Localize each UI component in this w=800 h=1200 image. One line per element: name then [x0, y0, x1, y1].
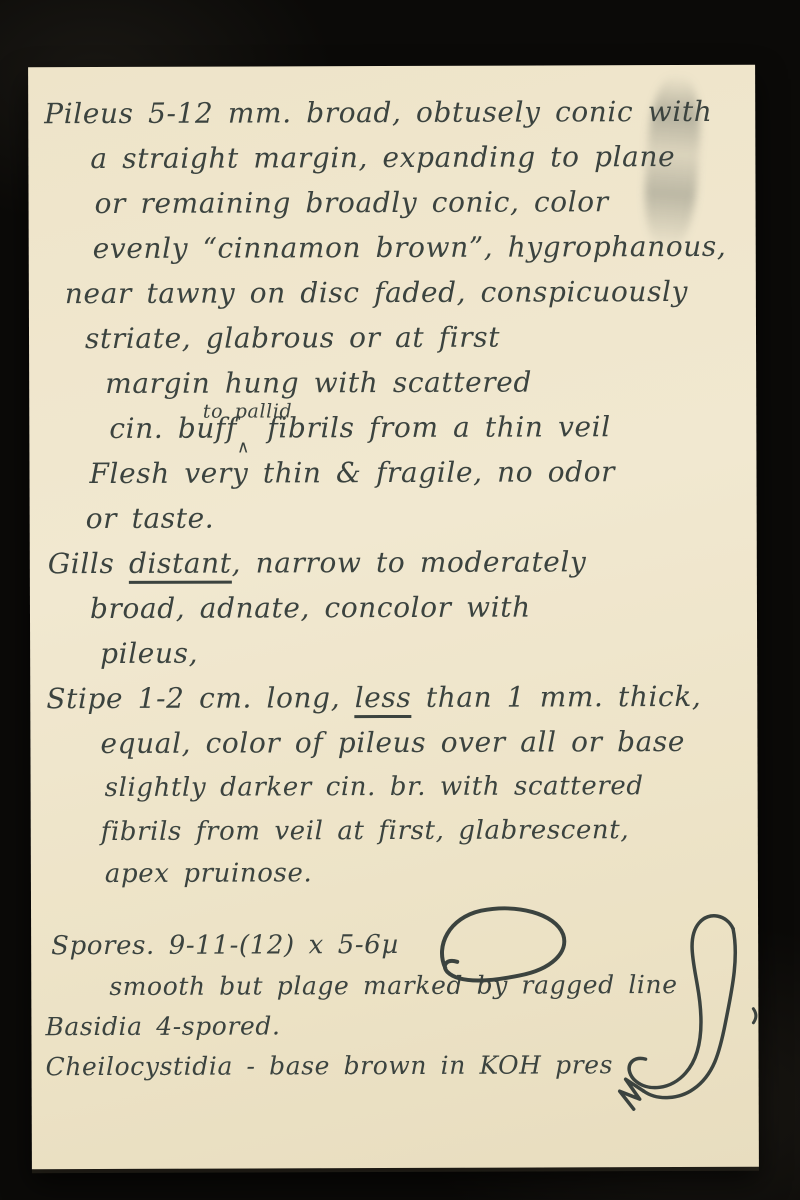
- line-text: Spores. 9-11-(12) x 5-6µ: [51, 930, 399, 961]
- handwritten-line: cin. buffto pallid∧ fibrils from a thin …: [109, 404, 748, 451]
- line-text: apex pruinose.: [105, 858, 312, 889]
- handwritten-line: Gills distant, narrow to moderately: [48, 539, 749, 586]
- handwritten-line: or remaining broadly conic, color: [94, 179, 747, 226]
- handwritten-line: near tawny on disc faded, conspicuously: [65, 269, 748, 316]
- line-text: or remaining broadly conic, color: [94, 185, 608, 220]
- handwritten-line: apex pruinose.: [105, 851, 750, 895]
- handwritten-line: broad, adnate, concolor with: [90, 584, 749, 631]
- line-text: smooth but plage marked by ragged line: [109, 970, 677, 1001]
- line-text: , narrow to moderately: [232, 545, 587, 579]
- line-text: evenly “cinnamon brown”, hygrophanous,: [93, 230, 727, 265]
- line-text: Cheilocystidia - base brown in KOH pres: [46, 1050, 614, 1081]
- handwritten-line: or taste.: [86, 494, 749, 541]
- handwritten-line: equal, color of pileus over all or base: [100, 719, 749, 766]
- handwritten-line: margin hung with scattered: [105, 359, 748, 406]
- handwritten-line: slightly darker cin. br. with scattered: [105, 764, 750, 811]
- line-text: than 1 mm. thick,: [411, 680, 701, 714]
- line-text: margin hung with scattered: [105, 366, 532, 400]
- handwritten-line: Spores. 9-11-(12) x 5-6µ: [51, 923, 750, 967]
- line-text: Stipe 1-2 cm. long,: [46, 681, 355, 715]
- line-text: slightly darker cin. br. with scattered: [105, 771, 644, 803]
- line-text: equal, color of pileus over all or base: [100, 725, 685, 760]
- line-text: Pileus 5-12 mm. broad, obtusely conic wi…: [44, 95, 712, 130]
- line-text: striate, glabrous or at first: [85, 321, 500, 355]
- line-text: pileus,: [100, 637, 198, 670]
- handwritten-line: pileus,: [100, 629, 749, 676]
- handwritten-line: Pileus 5-12 mm. broad, obtusely conic wi…: [44, 89, 747, 136]
- handwritten-line: Flesh very thin & fragile, no odor: [89, 449, 748, 496]
- handwritten-line: Basidia 4-spored.: [45, 1005, 750, 1047]
- line-text: near tawny on disc faded, conspicuously: [65, 275, 688, 310]
- line-text: Basidia 4-spored.: [45, 1011, 280, 1041]
- line-text: a straight margin, expanding to plane: [90, 140, 675, 175]
- line-text: or taste.: [86, 502, 215, 535]
- handwritten-line: evenly “cinnamon brown”, hygrophanous,: [93, 224, 748, 271]
- line-text: fibrils from a thin veil: [253, 410, 611, 444]
- handwritten-line: a straight margin, expanding to plane: [90, 134, 747, 181]
- card-text: Pileus 5-12 mm. broad, obtusely conic wi…: [42, 89, 750, 1087]
- inserted-annotation: to pallid∧: [237, 409, 253, 437]
- line-text: Gills: [48, 547, 129, 580]
- line-text: broad, adnate, concolor with: [90, 591, 531, 626]
- handwritten-line: smooth but plage marked by ragged line: [109, 965, 750, 1007]
- line-text: Flesh very thin & fragile, no odor: [89, 455, 615, 490]
- line-text: fibrils from veil at first, glabrescent,: [101, 815, 630, 847]
- handwritten-line: Cheilocystidia - base brown in KOH pres: [45, 1045, 750, 1087]
- underlined-word: distant: [129, 547, 232, 584]
- handwritten-line: striate, glabrous or at first: [85, 314, 748, 361]
- underlined-word: less: [355, 681, 412, 718]
- handwritten-line: Stipe 1-2 cm. long, less than 1 mm. thic…: [46, 674, 749, 721]
- note-card: Pileus 5-12 mm. broad, obtusely conic wi…: [28, 65, 759, 1170]
- handwritten-line: fibrils from veil at first, glabrescent,: [101, 809, 750, 853]
